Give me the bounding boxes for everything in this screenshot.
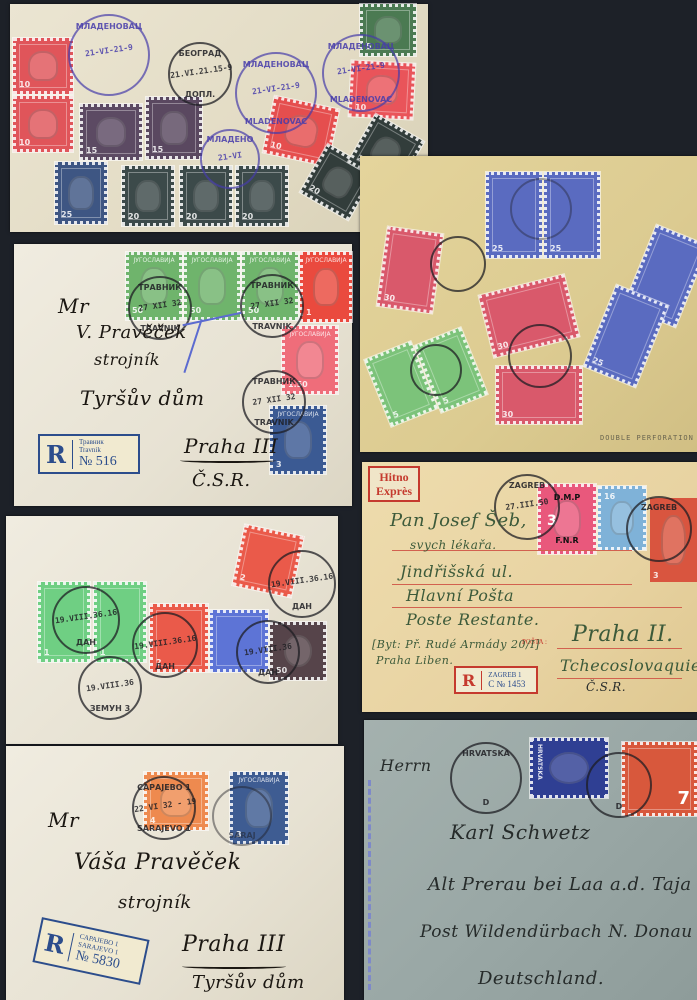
postmark: МЛАДЕНОВАЦ21-VI-21-9MLADENOVAC [235, 52, 317, 134]
cover-croatia: HRVATSKA 7 HRVATSKAD D Herrn Karl Schwet… [364, 720, 697, 1000]
registration-label: R ZAGREB 1 C № 1453 [454, 666, 538, 694]
postmark [510, 178, 572, 240]
postmark: БЕОГРАД21.VI.21.15-9ДОПЛ. [168, 42, 232, 106]
stamp: 20 [122, 166, 174, 226]
address-line: Karl Schwetz [450, 820, 591, 844]
postmark: D [586, 752, 652, 818]
stamp: 15 [80, 104, 142, 160]
stamp: 25 [584, 285, 669, 388]
postmark [410, 344, 462, 396]
registration-label: R Травник Travnik № 516 [38, 434, 140, 474]
postmark [430, 236, 486, 292]
postmark: МЛАДЕНО21-VI [200, 129, 260, 189]
stamp: ЈУГОСЛАВИЈА50 [184, 252, 240, 320]
underline [182, 964, 286, 969]
address-line: Praha III [184, 434, 278, 458]
address-line: Alt Prerau bei Laa a.d. Taja [428, 874, 692, 895]
address-line: Praha II. [572, 622, 674, 647]
postmark: 19.VIII.36ДАН [236, 620, 300, 684]
postmark: 19.VIII.36.16ДАН [268, 550, 336, 618]
cover-zagreb-express: Hitno Exprès D.M.P3F.N.R 16 3 ZAGREB27.I… [362, 462, 697, 712]
postmark: 19.VIII.36.16ДАН [132, 612, 198, 678]
address-line: Tyršův dům [80, 386, 205, 410]
postmark: 19.VIII.36.16ДАН [52, 586, 120, 654]
postmark: HRVATSKAD [450, 742, 522, 814]
underline [180, 458, 276, 463]
address-rule [557, 648, 682, 649]
stamp: 10 [13, 96, 73, 152]
address-rule [557, 678, 682, 679]
address-rule [392, 584, 632, 585]
address-line: Č.S.R. [192, 470, 251, 491]
postmark: МЛАДЕНОВАЦ21-VI-21-9 [68, 14, 150, 96]
stamp: 15 [146, 97, 202, 159]
address-line: Post Wildendürbach N. Donau [420, 922, 693, 942]
address-line: Mr [58, 294, 89, 318]
postmark: SARAJ [212, 786, 272, 846]
stamp: 25 [55, 162, 107, 224]
address-line: Váša Pravěček [74, 850, 241, 875]
address-line: Tchecoslovaquie [560, 656, 697, 675]
address-line: V. Pravěček [76, 322, 187, 343]
postmark: ТРАВНИК27 XII 32TRAVNIK [240, 274, 304, 338]
postmark: 19.VIII.36ЗЕМУН 3 [78, 656, 142, 720]
pencil-note: DOUBLE PERFORATION [600, 434, 694, 442]
postmark: МЛАДЕНОВАЦ21-VI-21-9MLADENOVAC [322, 34, 400, 112]
cover-chainbreaker: 25 25 30 30 25 25 5 5 30 DOUBLE PERFORAT… [360, 156, 697, 452]
address-line: svych lékařa. [410, 538, 497, 552]
cover-travnik: ЈУГОСЛАВИЈА50 ЈУГОСЛАВИЈА50 ЈУГОСЛАВИЈА5… [14, 244, 352, 506]
express-label: Hitno Exprès [368, 466, 420, 502]
address-line: Praha III [182, 932, 285, 957]
postmark [508, 324, 572, 388]
stamp: 10 [13, 38, 73, 94]
cover-airmail-back: 1 1 2 50 2 19.VIII.36.16ДАН 19.VIII.36.1… [6, 516, 338, 744]
stamp: ЈУГОСЛАВИЈА1 [300, 252, 352, 322]
address-line: Hlavní Pošta [406, 586, 514, 605]
address-line: Herrn [380, 756, 432, 775]
address-line: Pan Josef Šeb, [390, 510, 527, 531]
cover-sarajevo: 4 ЈУГОСЛАВИЈА3 САРАЈЕВО 122 VI 32 - 19SA… [6, 746, 344, 1000]
address-line: strojník [94, 350, 160, 369]
address-line: Tyršův dům [192, 972, 305, 993]
address-line: Č.S.R. [586, 680, 626, 694]
address-line: Jindřišská ul. [400, 562, 513, 581]
address-line: [Byt: Př. Rudé Armády 20/I] [372, 638, 540, 651]
address-line: Praha Liben. [376, 654, 453, 667]
postmark: САРАЈЕВО 122 VI 32 - 19SARAJEVO 1 [132, 776, 196, 840]
address-rule [392, 607, 682, 608]
address-line: Poste Restante. [406, 610, 539, 629]
postmark: ZAGREB [626, 496, 692, 562]
address-line: strojník [118, 892, 192, 913]
postmark: ТРАВНИК27 XII 32TRAVNIK [242, 370, 306, 434]
censor-mark [368, 780, 371, 990]
registration-label: R САРАЈЕВО 1 SARAJEVO 1 № 5830 [32, 917, 149, 985]
address-line: Mr [48, 808, 79, 832]
address-line: Deutschland. [478, 968, 604, 989]
